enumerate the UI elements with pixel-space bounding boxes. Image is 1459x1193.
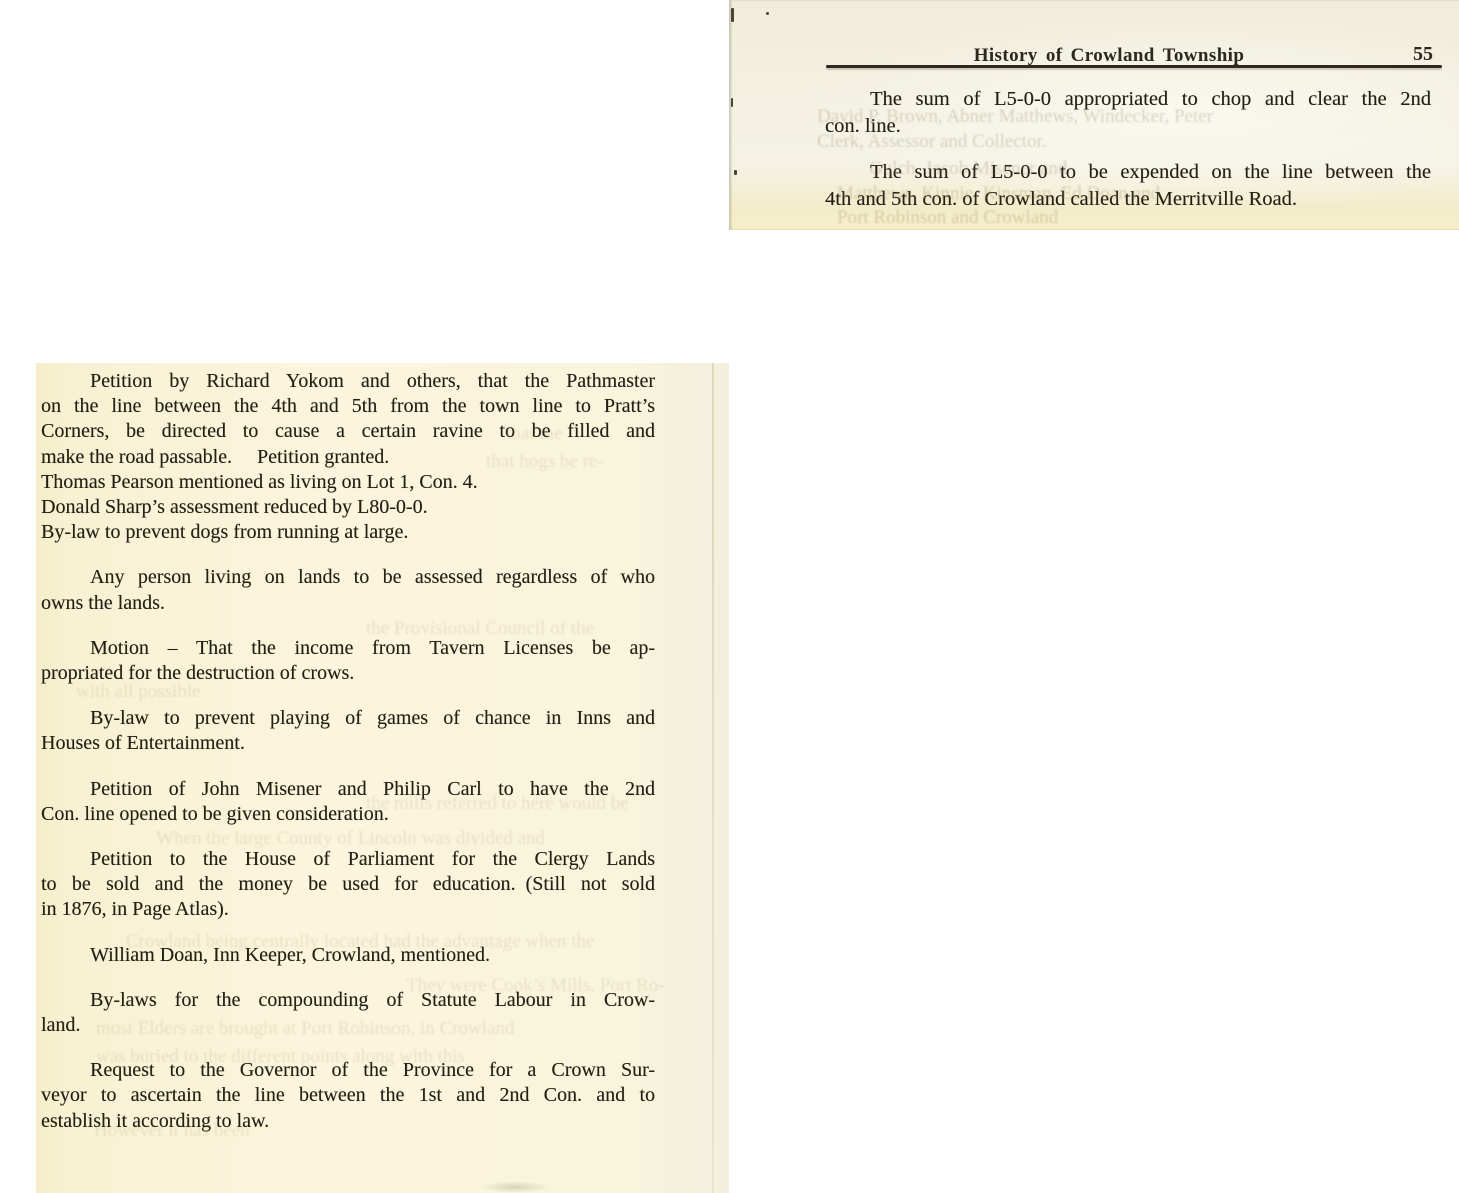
text-line: Thomas Pearson mentioned as living on Lo… xyxy=(41,470,655,495)
text-line: make the road passable. Petition granted… xyxy=(41,445,655,470)
paragraph: The sum of L5-0-0 to be expended on the … xyxy=(825,159,1431,213)
paragraph: Petition to the House of Parliament for … xyxy=(41,847,655,923)
paragraph: By-laws for the compounding of Statute L… xyxy=(41,988,655,1038)
text-line: Request to the Governor of the Province … xyxy=(41,1058,655,1083)
text-line: owns the lands. xyxy=(41,591,655,616)
header-rule xyxy=(826,65,1442,68)
paragraph: Petition by Richard Yokom and others, th… xyxy=(41,369,655,470)
text-line: 4th and 5th con. of Crowland called the … xyxy=(825,186,1431,213)
text-line: Con. line opened to be given considerati… xyxy=(41,802,655,827)
text-line: Donald Sharp’s assessment reduced by L80… xyxy=(41,495,655,520)
paragraph: Thomas Pearson mentioned as living on Lo… xyxy=(41,470,655,495)
text-line: con. line. xyxy=(825,113,1431,140)
text-line: By-law to prevent playing of games of ch… xyxy=(41,706,655,731)
paragraph: Donald Sharp’s assessment reduced by L80… xyxy=(41,495,655,520)
text-line: to be sold and the money be used for edu… xyxy=(41,872,655,897)
paragraph: Request to the Governor of the Province … xyxy=(41,1058,655,1134)
paragraph: By-law to prevent dogs from running at l… xyxy=(41,520,655,545)
text-line: By-laws for the compounding of Statute L… xyxy=(41,988,655,1013)
paragraph: William Doan, Inn Keeper, Crowland, ment… xyxy=(41,943,655,968)
scan-fragment-top-right: History of Crowland Township 55 The sum … xyxy=(729,0,1459,230)
paragraph: By-law to prevent playing of games of ch… xyxy=(41,706,655,756)
paragraph: Petition of John Misener and Philip Carl… xyxy=(41,777,655,827)
paragraph: Motion – That the income from Tavern Lic… xyxy=(41,636,655,686)
paragraph: Any person living on lands to be assesse… xyxy=(41,565,655,615)
text-line: on the line between the 4th and 5th from… xyxy=(41,394,655,419)
body-text-top-right: The sum of L5-0-0 appropriated to chop a… xyxy=(825,86,1431,213)
text-line: William Doan, Inn Keeper, Crowland, ment… xyxy=(41,943,655,968)
text-line: in 1876, in Page Atlas). xyxy=(41,897,655,922)
scanned-book-page: { "page_top_right": { "header": { "runni… xyxy=(0,0,1459,1193)
text-line: Petition to the House of Parliament for … xyxy=(41,847,655,872)
text-line: establish it according to law. xyxy=(41,1109,655,1134)
scan-speck xyxy=(731,8,734,22)
text-line: land. xyxy=(41,1013,655,1038)
text-line: Motion – That the income from Tavern Lic… xyxy=(41,636,655,661)
text-line: The sum of L5-0-0 appropriated to chop a… xyxy=(825,86,1431,113)
scan-smudge xyxy=(480,1181,550,1193)
scan-speck xyxy=(766,12,769,15)
text-line: Petition by Richard Yokom and others, th… xyxy=(41,369,655,394)
paragraph: The sum of L5-0-0 appropriated to chop a… xyxy=(825,86,1431,140)
scan-speck xyxy=(734,170,737,175)
text-line: propriated for the destruction of crows. xyxy=(41,661,655,686)
page-number: 55 xyxy=(1413,43,1433,66)
text-line: Corners, be directed to cause a certain … xyxy=(41,419,655,444)
text-line: Petition of John Misener and Philip Carl… xyxy=(41,777,655,802)
text-line: By-law to prevent dogs from running at l… xyxy=(41,520,655,545)
scan-speck xyxy=(731,98,733,107)
scan-fragment-bottom-left: Petition by Richard Yokom and others, th… xyxy=(36,363,729,1193)
text-line: Houses of Entertainment. xyxy=(41,731,655,756)
text-line: Any person living on lands to be assesse… xyxy=(41,565,655,590)
running-title: History of Crowland Township xyxy=(789,45,1429,67)
body-text-bottom-left: Petition by Richard Yokom and others, th… xyxy=(41,369,655,1134)
text-line: veyor to ascertain the line between the … xyxy=(41,1083,655,1108)
text-line: The sum of L5-0-0 to be expended on the … xyxy=(825,159,1431,186)
